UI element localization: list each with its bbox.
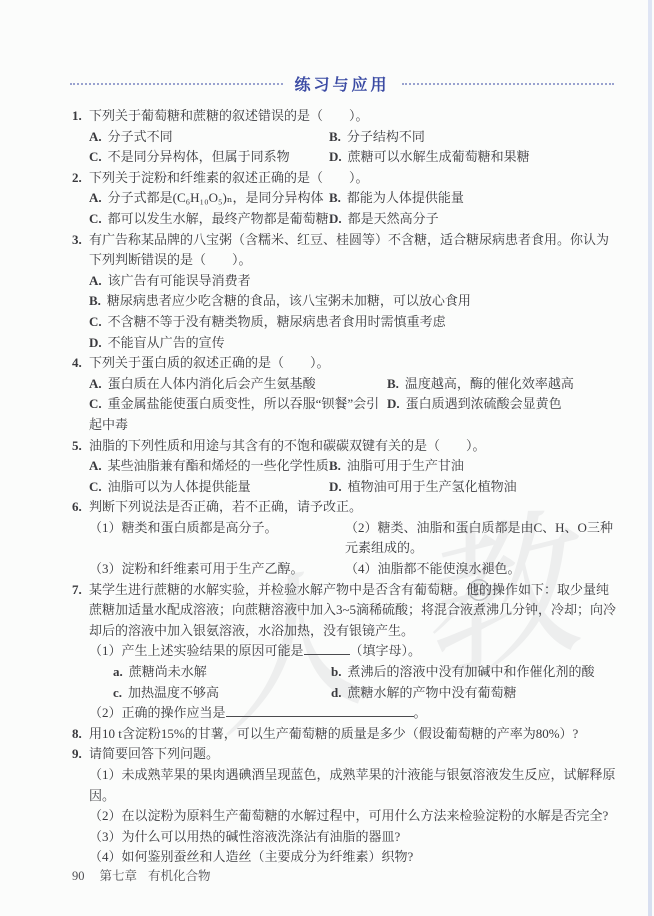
question-number: 5. [72,436,89,498]
option-label: b. [331,664,347,679]
option-c: C.不是同分异构体，但属于同系物 [89,147,329,168]
question-stem: 下列关于蛋白质的叙述正确的是（ ）。 [89,353,620,374]
fill-blank [304,654,350,655]
option-text: 分子结构不同 [347,129,425,144]
option-label: C. [89,396,108,411]
option-label: C. [89,479,108,494]
option-text: 蔗糖水解的产物中没有葡萄糖 [347,685,516,700]
question-body: 请简要回答下列问题。 （1）未成熟苹果的果肉遇碘酒呈现蓝色，成熟苹果的汁液能与银… [89,744,620,868]
option-text: 油脂可以为人体提供能量 [108,479,251,494]
option-b: B.都能为人体提供能量 [329,188,620,209]
option-a: a.蔗糖尚未水解 [113,662,331,683]
option-a: A.蛋白质在人体内消化后会产生氨基酸 [89,374,387,395]
question-stem: 下列关于葡萄糖和蔗糖的叙述错误的是（ ）。 [89,106,620,127]
option-label: C. [89,149,108,164]
question-stem: 判断下列说法是否正确，若不正确，请予改正。 [89,497,620,518]
sub-item-1: （1）糖类和蛋白质都是高分子。 [89,518,345,559]
option-b: B.油脂可用于生产甘油 [329,456,620,477]
option-row: C.都可以发生水解，最终产物都是葡萄糖 D.都是天然高分子 [89,209,620,230]
exercise-list: 1. 下列关于葡萄糖和蔗糖的叙述错误的是（ ）。 A.分子式不同 B.分子结构不… [72,106,620,868]
chapter-name: 有机化合物 [148,866,211,884]
option-label: c. [113,685,128,700]
question-stem: 请简要回答下列问题。 [89,744,620,765]
dotted-rule-left [70,83,283,85]
option-label: A. [89,376,108,391]
question-body: 油脂的下列性质和用途与其含有的不饱和碳碳双键有关的是（ ）。 A.某些油脂兼有酯… [89,436,620,498]
option-text: 蔗糖尚未水解 [129,664,207,679]
option-text: 都可以发生水解，最终产物都是葡萄糖 [108,211,329,226]
question-number: 2. [72,168,89,230]
option-text: 煮沸后的溶液中没有加碱中和作催化剂的酸 [347,664,594,679]
option-c: C.重金属盐能使蛋白质变性，所以吞服“钡餐”会引起中毒 [89,394,387,435]
option-label: C. [89,314,108,329]
section-title: 练习与应用 [295,72,390,95]
option-c: C.不含糖不等于没有糖类物质，糖尿病患者食用时需慎重考虑 [89,312,620,333]
option-d: D.都是天然高分子 [329,209,620,230]
sub-item-2: （2）在以淀粉为原料生产葡萄糖的水解过程中，可用什么方法来检验淀粉的水解是否完全… [89,806,620,827]
question-stem: 油脂的下列性质和用途与其含有的不饱和碳碳双键有关的是（ ）。 [89,436,620,457]
option-d: D.不能盲从广告的宣传 [89,333,620,354]
option-text: 温度越高，酶的催化效率越高 [405,376,574,391]
option-label: C. [89,211,108,226]
option-text: 蛋白质在人体内消化后会产生氨基酸 [108,376,316,391]
option-b: B.分子结构不同 [329,127,620,148]
option-text: 植物油可用于生产氢化植物油 [348,479,517,494]
option-d: d.蔗糖水解的产物中没有葡萄糖 [331,683,620,704]
option-b: B.温度越高，酶的催化效率越高 [387,374,620,395]
option-label: B. [329,190,347,205]
option-c: C.油脂可以为人体提供能量 [89,477,329,498]
option-label: B. [329,458,347,473]
option-row: C.不是同分异构体，但属于同系物 D.蔗糖可以水解生成葡萄糖和果糖 [89,147,620,168]
option-row: C.重金属盐能使蛋白质变性，所以吞服“钡餐”会引起中毒 D.蛋白质遇到浓硫酸会显… [89,394,620,435]
question-number: 8. [72,724,89,745]
option-row: A.分子式都是(C₆H₁₀O₅)ₙ，是同分异构体 B.都能为人体提供能量 [89,188,620,209]
option-c: c.加热温度不够高 [113,683,331,704]
option-label: B. [387,376,405,391]
question-6: 6. 判断下列说法是否正确，若不正确，请予改正。 （1）糖类和蛋白质都是高分子。… [72,497,620,579]
option-d: D.蛋白质遇到浓硫酸会显黄色 [387,394,620,435]
option-text: 糖尿病患者应少吃含糖的食品，该八宝粥未加糖，可以放心食用 [107,293,471,308]
sub-item-row: （1）糖类和蛋白质都是高分子。 （2）糖类、油脂和蛋白质都是由C、H、O三种元素… [89,518,620,559]
question-1: 1. 下列关于葡萄糖和蔗糖的叙述错误的是（ ）。 A.分子式不同 B.分子结构不… [72,106,620,168]
option-text: 分子式都是(C₆H₁₀O₅)ₙ，是同分异构体 [108,190,324,205]
sub-item-row: （3）淀粉和纤维素可用于生产乙醇。 （4）油脂都不能使溴水褪色。 [89,559,620,580]
option-text: 重金属盐能使蛋白质变性，所以吞服“钡餐”会引起中毒 [89,396,379,432]
option-text: 油脂可用于生产甘油 [347,458,464,473]
option-label: D. [329,479,348,494]
question-body: 下列关于葡萄糖和蔗糖的叙述错误的是（ ）。 A.分子式不同 B.分子结构不同 C… [89,106,620,168]
question-stem: 下列关于淀粉和纤维素的叙述正确的是（ ）。 [89,168,620,189]
sub-item-2: （2）糖类、油脂和蛋白质都是由C、H、O三种元素组成的。 [345,518,620,559]
page-footer: 90 第七章 有机化合物 [72,866,211,884]
option-c: C.都可以发生水解，最终产物都是葡萄糖 [89,209,329,230]
sub-item-3: （3）淀粉和纤维素可用于生产乙醇。 [89,559,345,580]
question-number: 9. [72,744,89,868]
option-a: A.某些油脂兼有酯和烯烃的一些化学性质 [89,456,329,477]
option-text: 蔗糖可以水解生成葡萄糖和果糖 [348,149,530,164]
option-text: 不能盲从广告的宣传 [108,335,225,350]
option-text: 都能为人体提供能量 [347,190,464,205]
option-d: D.蔗糖可以水解生成葡萄糖和果糖 [329,147,620,168]
option-text: 某些油脂兼有酯和烯烃的一些化学性质 [108,458,329,473]
option-text: 不是同分异构体，但属于同系物 [108,149,290,164]
option-label: B. [329,129,347,144]
sub-question-text: （填字母）。 [350,643,422,658]
option-row: c.加热温度不够高 d.蔗糖水解的产物中没有葡萄糖 [89,683,620,704]
option-text: 分子式不同 [108,129,173,144]
chapter-title: 第七章 [100,866,138,884]
question-body: 用10 t含淀粉15%的甘薯，可以生产葡萄糖的质量是多少（假设葡萄糖的产率为80… [89,724,620,745]
sub-question-text: （2）正确的操作应当是 [89,705,226,720]
option-label: B. [89,293,107,308]
option-b: B.糖尿病患者应少吃含糖的食品，该八宝粥未加糖，可以放心食用 [89,291,620,312]
question-number: 6. [72,497,89,579]
question-body: 下列关于蛋白质的叙述正确的是（ ）。 A.蛋白质在人体内消化后会产生氨基酸 B.… [89,353,620,435]
option-label: A. [89,190,108,205]
sub-item-4: （4）油脂都不能使溴水褪色。 [345,559,521,580]
question-body: 下列关于淀粉和纤维素的叙述正确的是（ ）。 A.分子式都是(C₆H₁₀O₅)ₙ，… [89,168,620,230]
option-label: a. [113,664,129,679]
question-number: 3. [72,230,89,354]
option-label: D. [329,211,348,226]
question-5: 5. 油脂的下列性质和用途与其含有的不饱和碳碳双键有关的是（ ）。 A.某些油脂… [72,436,620,498]
option-row: A.某些油脂兼有酯和烯烃的一些化学性质 B.油脂可用于生产甘油 [89,456,620,477]
option-b: b.煮沸后的溶液中没有加碱中和作催化剂的酸 [331,662,620,683]
sub-item-4: （4）如何鉴别蚕丝和人造丝（主要成分为纤维素）织物? [89,847,620,868]
question-stem: 有广告称某品牌的八宝粥（含糯米、红豆、桂圆等）不含糖，适合糖尿病患者食用。你认为… [89,230,620,271]
page-number: 90 [72,869,85,884]
option-label: A. [89,273,108,288]
dotted-rule-right [402,83,615,85]
sub-question-text: 。 [414,705,427,720]
fill-blank [226,716,414,717]
option-text: 都是天然高分子 [348,211,439,226]
option-row: A.分子式不同 B.分子结构不同 [89,127,620,148]
option-label: A. [89,458,108,473]
option-label: A. [89,129,108,144]
sub-item-3: （3）为什么可以用热的碱性溶液洗涤沾有油脂的器皿? [89,827,620,848]
question-stem: 用10 t含淀粉15%的甘薯，可以生产葡萄糖的质量是多少（假设葡萄糖的产率为80… [89,724,620,745]
option-text: 蛋白质遇到浓硫酸会显黄色 [406,396,562,411]
question-stem: 某学生进行蔗糖的水解实验，并检验水解产物中是否含有葡萄糖。他的操作如下：取少量纯… [89,580,620,642]
option-row: A.蛋白质在人体内消化后会产生氨基酸 B.温度越高，酶的催化效率越高 [89,374,620,395]
sub-question-2: （2）正确的操作应当是。 [89,703,620,724]
option-text: 不含糖不等于没有糖类物质，糖尿病患者食用时需慎重考虑 [108,314,446,329]
question-4: 4. 下列关于蛋白质的叙述正确的是（ ）。 A.蛋白质在人体内消化后会产生氨基酸… [72,353,620,435]
option-row: a.蔗糖尚未水解 b.煮沸后的溶液中没有加碱中和作催化剂的酸 [89,662,620,683]
question-3: 3. 有广告称某品牌的八宝粥（含糯米、红豆、桂圆等）不含糖，适合糖尿病患者食用。… [72,230,620,354]
option-text: 该广告有可能误导消费者 [108,273,251,288]
option-label: d. [331,685,347,700]
question-number: 1. [72,106,89,168]
question-number: 4. [72,353,89,435]
section-header: 练习与应用 [70,72,614,95]
option-label: D. [329,149,348,164]
option-d: D.植物油可用于生产氢化植物油 [329,477,620,498]
option-label: D. [89,335,108,350]
question-9: 9. 请简要回答下列问题。 （1）未成熟苹果的果肉遇碘酒呈现蓝色，成熟苹果的汁液… [72,744,620,868]
question-2: 2. 下列关于淀粉和纤维素的叙述正确的是（ ）。 A.分子式都是(C₆H₁₀O₅… [72,168,620,230]
question-number: 7. [72,580,89,724]
option-a: A.分子式都是(C₆H₁₀O₅)ₙ，是同分异构体 [89,188,329,209]
option-a: A.分子式不同 [89,127,329,148]
question-8: 8. 用10 t含淀粉15%的甘薯，可以生产葡萄糖的质量是多少（假设葡萄糖的产率… [72,724,620,745]
sub-question-1: （1）产生上述实验结果的原因可能是（填字母）。 [89,641,620,662]
sub-question-text: （1）产生上述实验结果的原因可能是 [89,643,304,658]
option-label: D. [387,396,406,411]
sub-item-1: （1）未成熟苹果的果肉遇碘酒呈现蓝色，成熟苹果的汁液能与银氨溶液发生反应，试解释… [89,765,620,806]
option-text: 加热温度不够高 [128,685,219,700]
question-body: 某学生进行蔗糖的水解实验，并检验水解产物中是否含有葡萄糖。他的操作如下：取少量纯… [89,580,620,724]
question-7: 7. 某学生进行蔗糖的水解实验，并检验水解产物中是否含有葡萄糖。他的操作如下：取… [72,580,620,724]
question-body: 有广告称某品牌的八宝粥（含糯米、红豆、桂圆等）不含糖，适合糖尿病患者食用。你认为… [89,230,620,354]
option-row: C.油脂可以为人体提供能量 D.植物油可用于生产氢化植物油 [89,477,620,498]
question-body: 判断下列说法是否正确，若不正确，请予改正。 （1）糖类和蛋白质都是高分子。 （2… [89,497,620,579]
option-a: A.该广告有可能误导消费者 [89,271,620,292]
page-edge-shadow [648,0,652,916]
